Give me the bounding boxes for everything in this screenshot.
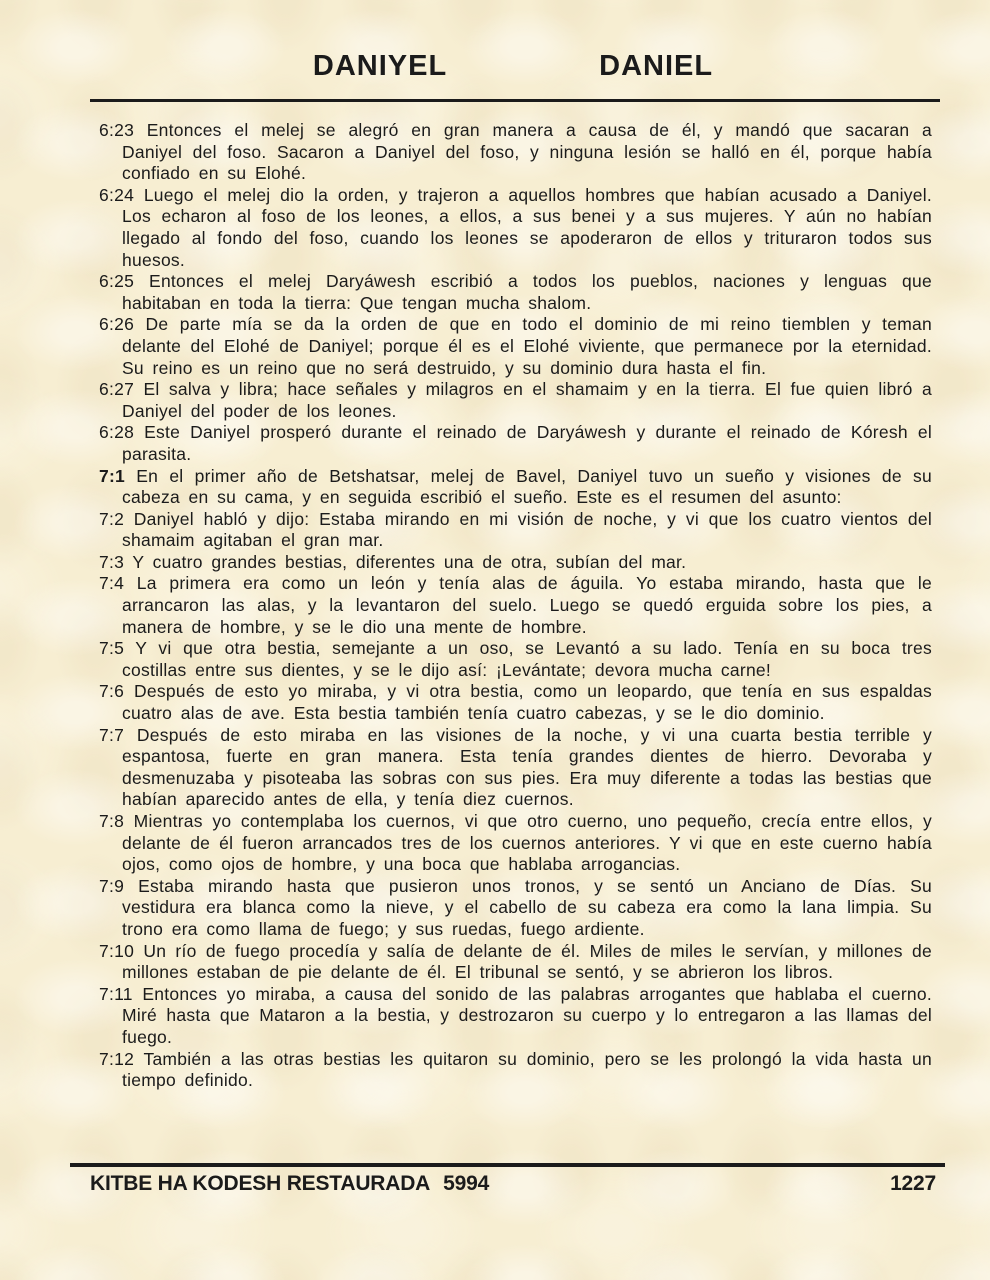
verse: 7:2 Daniyel habló y dijo: Estaba mirando… bbox=[99, 509, 932, 552]
verse-ref: 7:9 bbox=[99, 876, 124, 896]
verse-text: La primera era como un león y tenía alas… bbox=[122, 573, 932, 636]
verse-text: Estaba mirando hasta que pusieron unos t… bbox=[122, 876, 932, 939]
verse-text: En el primer año de Betshatsar, melej de… bbox=[122, 466, 932, 508]
header-divider-rule bbox=[90, 99, 940, 102]
verse-text: Y cuatro grandes bestias, diferentes una… bbox=[132, 552, 686, 572]
verse: 6:23 Entonces el melej se alegró en gran… bbox=[99, 120, 932, 185]
header-title-spanish: DANIEL bbox=[599, 50, 713, 83]
verse-ref: 7:8 bbox=[99, 811, 124, 831]
footer-book-info: KITBE HA KODESH RESTAURADA 5994 bbox=[90, 1172, 489, 1196]
verse-text: Y vi que otra bestia, semejante a un oso… bbox=[122, 638, 932, 680]
verse: 7:10 Un río de fuego procedía y salía de… bbox=[99, 941, 932, 984]
verse: 6:27 El salva y libra; hace señales y mi… bbox=[99, 379, 932, 422]
verse-ref: 6:23 bbox=[99, 120, 134, 140]
verse-ref: 7:4 bbox=[99, 573, 124, 593]
verse-text: El salva y libra; hace señales y milagro… bbox=[122, 379, 932, 421]
verse-text: Después de esto yo miraba, y vi otra bes… bbox=[122, 681, 932, 723]
verse-text: Entonces el melej Daryáwesh escribió a t… bbox=[122, 271, 932, 313]
verse-list: 6:23 Entonces el melej se alegró en gran… bbox=[99, 120, 932, 1092]
scanned-page: DANIYEL DANIEL 6:23 Entonces el melej se… bbox=[0, 0, 990, 1280]
verse: 7:11 Entonces yo miraba, a causa del son… bbox=[99, 984, 932, 1049]
page-footer: KITBE HA KODESH RESTAURADA 5994 1227 bbox=[90, 1172, 936, 1196]
verse-text: Entonces yo miraba, a causa del sonido d… bbox=[122, 984, 932, 1047]
verse: 7:4 La primera era como un león y tenía … bbox=[99, 573, 932, 638]
verse-ref: 6:27 bbox=[99, 379, 134, 399]
verse-text: Mientras yo contemplaba los cuernos, vi … bbox=[122, 811, 932, 874]
verse: 6:28 Este Daniyel prosperó durante el re… bbox=[99, 422, 932, 465]
verse: 7:8 Mientras yo contemplaba los cuernos,… bbox=[99, 811, 932, 876]
verse-ref: 7:6 bbox=[99, 681, 124, 701]
verse-text: De parte mía se da la orden de que en to… bbox=[122, 314, 932, 377]
footer-year: 5994 bbox=[443, 1172, 489, 1196]
footer-book-title: KITBE HA KODESH RESTAURADA bbox=[90, 1172, 430, 1196]
verse-text: Un río de fuego procedía y salía de dela… bbox=[122, 941, 932, 983]
verse: 7:7 Después de esto miraba en las vision… bbox=[99, 725, 932, 811]
verse: 7:6 Después de esto yo miraba, y vi otra… bbox=[99, 681, 932, 724]
verse-ref: 7:3 bbox=[99, 552, 124, 572]
header-title-hebrew: DANIYEL bbox=[313, 50, 447, 83]
verse-text: Entonces el melej se alegró en gran mane… bbox=[122, 120, 932, 183]
verse-ref: 7:7 bbox=[99, 725, 124, 745]
verse: 6:26 De parte mía se da la orden de que … bbox=[99, 314, 932, 379]
verse-ref: 7:5 bbox=[99, 638, 124, 658]
verse-ref: 7:12 bbox=[99, 1049, 134, 1069]
verse-ref: 7:10 bbox=[99, 941, 134, 961]
verse: 7:1 En el primer año de Betshatsar, mele… bbox=[99, 466, 932, 509]
verse-ref: 6:26 bbox=[99, 314, 134, 334]
verse: 7:5 Y vi que otra bestia, semejante a un… bbox=[99, 638, 932, 681]
verse-ref: 6:25 bbox=[99, 271, 134, 291]
footer-divider-rule bbox=[70, 1163, 945, 1167]
verse-ref: 6:24 bbox=[99, 185, 134, 205]
verse-text: También a las otras bestias les quitaron… bbox=[122, 1049, 932, 1091]
verse: 7:12 También a las otras bestias les qui… bbox=[99, 1049, 932, 1092]
verse: 7:3 Y cuatro grandes bestias, diferentes… bbox=[99, 552, 932, 574]
verse: 6:25 Entonces el melej Daryáwesh escribi… bbox=[99, 271, 932, 314]
verse-text: Luego el melej dio la orden, y trajeron … bbox=[122, 185, 932, 270]
verse-ref: 6:28 bbox=[99, 422, 134, 442]
verse: 7:9 Estaba mirando hasta que pusieron un… bbox=[99, 876, 932, 941]
verse-text: Daniyel habló y dijo: Estaba mirando en … bbox=[122, 509, 932, 551]
verse-text: Después de esto miraba en las visiones d… bbox=[122, 725, 932, 810]
footer-page-number: 1227 bbox=[890, 1172, 936, 1196]
verse: 6:24 Luego el melej dio la orden, y traj… bbox=[99, 185, 932, 271]
verse-ref: 7:11 bbox=[99, 984, 133, 1004]
page-header: DANIYEL DANIEL bbox=[18, 50, 990, 83]
verse-ref: 7:1 bbox=[99, 466, 125, 486]
verse-ref: 7:2 bbox=[99, 509, 124, 529]
verse-text: Este Daniyel prosperó durante el reinado… bbox=[122, 422, 932, 464]
